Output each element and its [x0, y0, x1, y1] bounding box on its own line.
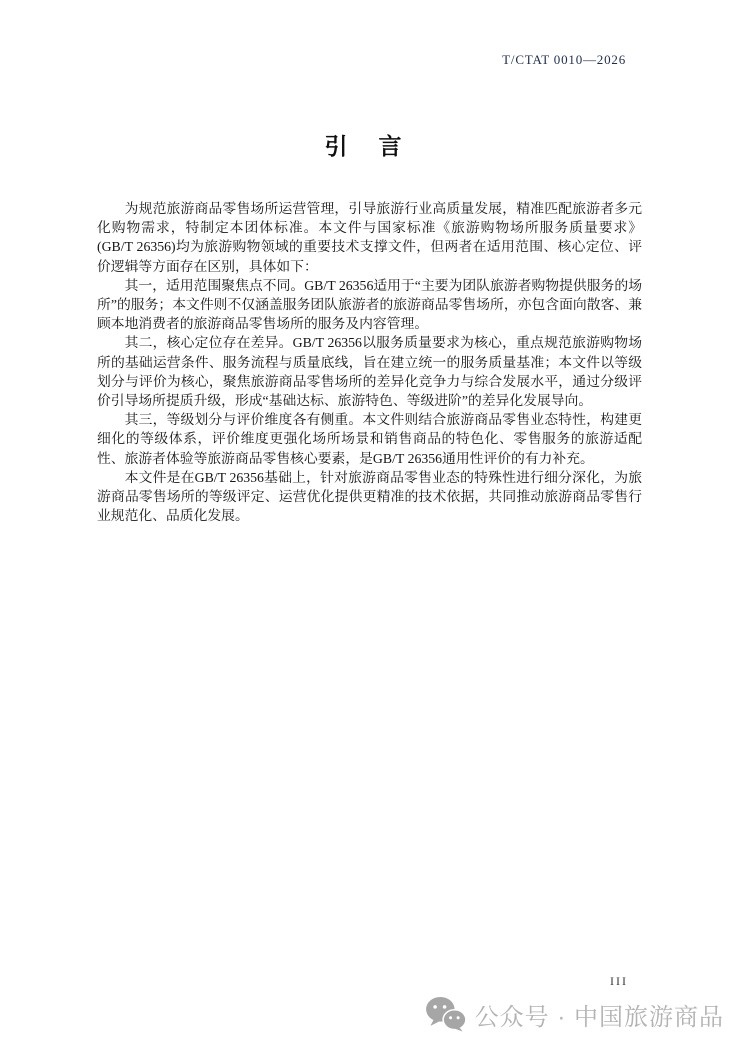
document-page: T/CTAT 0010—2026 引 言 为规范旅游商品零售场所运营管理，引导旅… — [0, 0, 730, 1043]
paragraph-positioning-difference: 其二，核心定位存在差异。GB/T 26356以服务质量要求为核心，重点规范旅游购… — [97, 333, 642, 410]
watermark: 公众号 · 中国旅游商品 — [425, 996, 724, 1032]
standard-code: T/CTAT 0010—2026 — [502, 52, 626, 68]
watermark-text: 公众号 · 中国旅游商品 — [475, 997, 724, 1032]
paragraph-conclusion: 本文件是在GB/T 26356基础上，针对旅游商品零售业态的特殊性进行细分深化，… — [97, 468, 642, 526]
page-title: 引 言 — [0, 128, 730, 161]
page-number: III — [610, 974, 628, 989]
paragraph-intro: 为规范旅游商品零售场所运营管理，引导旅游行业高质量发展，精准匹配旅游者多元化购物… — [97, 199, 642, 276]
paragraph-scope-difference: 其一，适用范围聚焦点不同。GB/T 26356适用于“主要为团队旅游者购物提供服… — [97, 276, 642, 334]
paragraph-grading-difference: 其三，等级划分与评价维度各有侧重。本文件则结合旅游商品零售业态特性，构建更细化的… — [97, 410, 642, 468]
document-body: 为规范旅游商品零售场所运营管理，引导旅游行业高质量发展，精准匹配旅游者多元化购物… — [97, 199, 642, 525]
wechat-icon — [425, 996, 467, 1032]
